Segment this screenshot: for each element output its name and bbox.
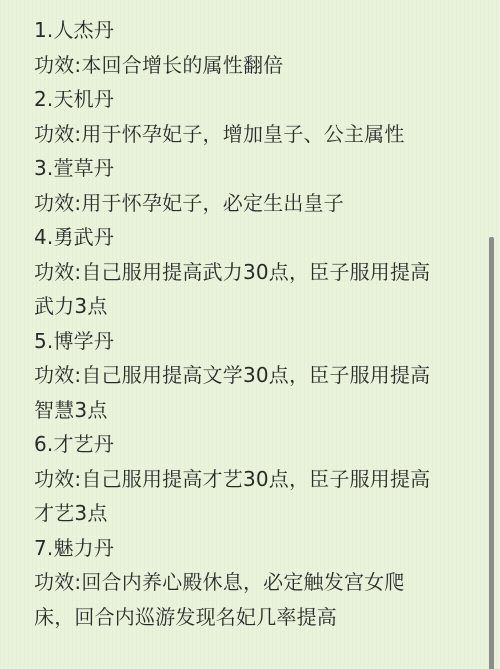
item-title: 4.勇武丹 [34, 220, 474, 255]
item-effect: 功效:本回合增长的属性翻倍 [34, 48, 474, 83]
item-effect-continued: 床，回合内巡游发现名妃几率提高 [34, 600, 474, 635]
vertical-scrollbar[interactable] [489, 237, 494, 669]
item-effect: 功效:回合内养心殿休息，必定触发宫女爬 [34, 565, 474, 600]
item-effect-continued: 才艺3点 [34, 496, 474, 531]
item-effect: 功效:自己服用提高文学30点，臣子服用提高 [34, 358, 474, 393]
item-effect: 功效:自己服用提高武力30点，臣子服用提高 [34, 255, 474, 290]
item-effect: 功效:用于怀孕妃子，必定生出皇子 [34, 186, 474, 221]
item-effect-continued: 武力3点 [34, 289, 474, 324]
document-body: 1.人杰丹 功效:本回合增长的属性翻倍 2.天机丹 功效:用于怀孕妃子，增加皇子… [34, 13, 474, 634]
item-title: 2.天机丹 [34, 82, 474, 117]
item-title: 1.人杰丹 [34, 13, 474, 48]
item-title: 7.魅力丹 [34, 531, 474, 566]
item-title: 3.萱草丹 [34, 151, 474, 186]
item-title: 6.才艺丹 [34, 427, 474, 462]
item-effect: 功效:用于怀孕妃子，增加皇子、公主属性 [34, 117, 474, 152]
item-title: 5.博学丹 [34, 324, 474, 359]
item-effect: 功效:自己服用提高才艺30点，臣子服用提高 [34, 462, 474, 497]
item-effect-continued: 智慧3点 [34, 393, 474, 428]
